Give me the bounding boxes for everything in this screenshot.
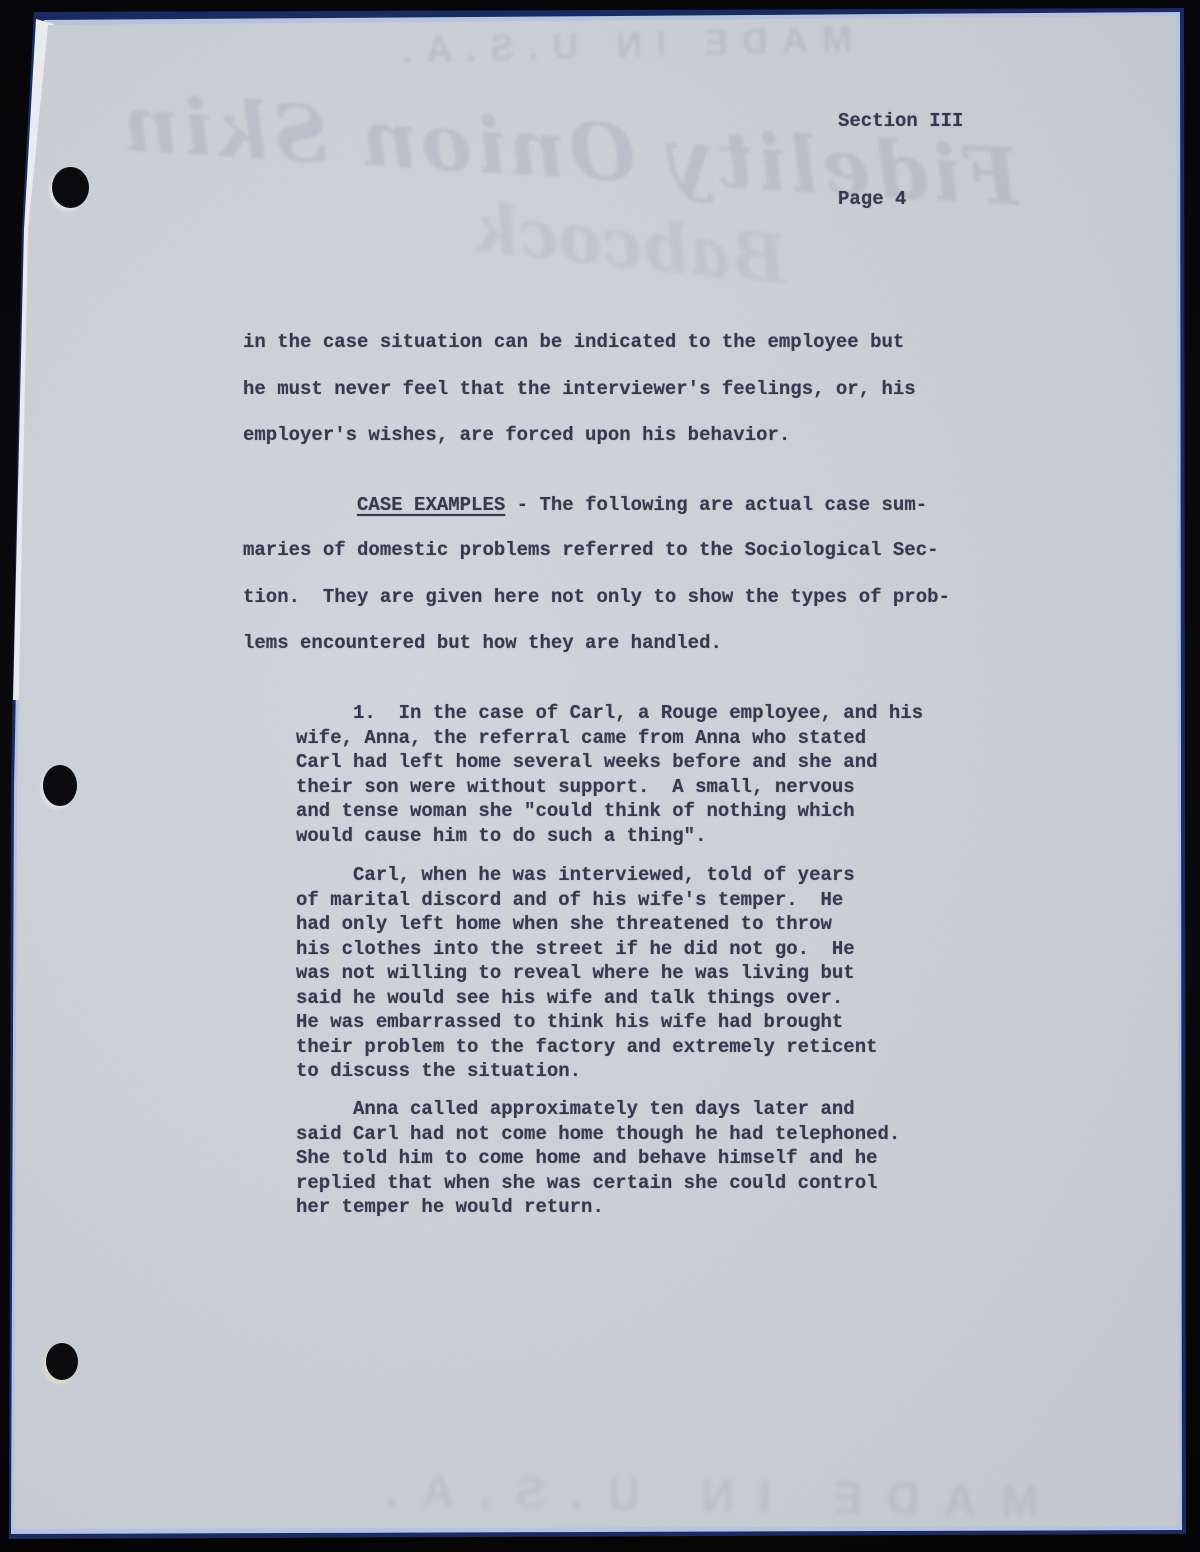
case-examples-paragraph: maries of domestic problems referred to … bbox=[243, 527, 950, 667]
case-1-referral-paragraph: 1. In the case of Carl, a Rouge employee… bbox=[296, 701, 923, 848]
watermark-made-in-usa-bottom: MADE IN U.S.A. bbox=[360, 1462, 1041, 1528]
case-examples-title: CASE EXAMPLES bbox=[357, 494, 505, 516]
watermark-secondary-script: Babcock bbox=[452, 187, 808, 301]
page-number-label: Page 4 bbox=[838, 186, 963, 212]
case-1-interview-paragraph: Carl, when he was interviewed, told of y… bbox=[296, 863, 878, 1084]
case-examples-heading-line: CASE EXAMPLES - The following are actual… bbox=[243, 482, 927, 529]
document-page: MADE IN U.S.A. Fidelity Onion Skin Babco… bbox=[0, 0, 1200, 1552]
punch-hole-middle bbox=[43, 765, 77, 806]
case-examples-heading-rest: - The following are actual case sum- bbox=[505, 494, 927, 516]
case-1-followup-paragraph: Anna called approximately ten days later… bbox=[296, 1097, 900, 1220]
page-header: Section III Page 4 bbox=[838, 56, 963, 264]
intro-paragraph: in the case situation can be indicated t… bbox=[243, 319, 916, 459]
punch-hole-top bbox=[52, 167, 89, 208]
punch-hole-bottom bbox=[46, 1343, 78, 1380]
section-label: Section III bbox=[838, 108, 963, 134]
watermark-made-in-usa-top: MADE IN U.S.A. bbox=[340, 17, 901, 74]
heading-indent bbox=[243, 494, 357, 516]
scanned-document-background: MADE IN U.S.A. Fidelity Onion Skin Babco… bbox=[0, 0, 1200, 1552]
